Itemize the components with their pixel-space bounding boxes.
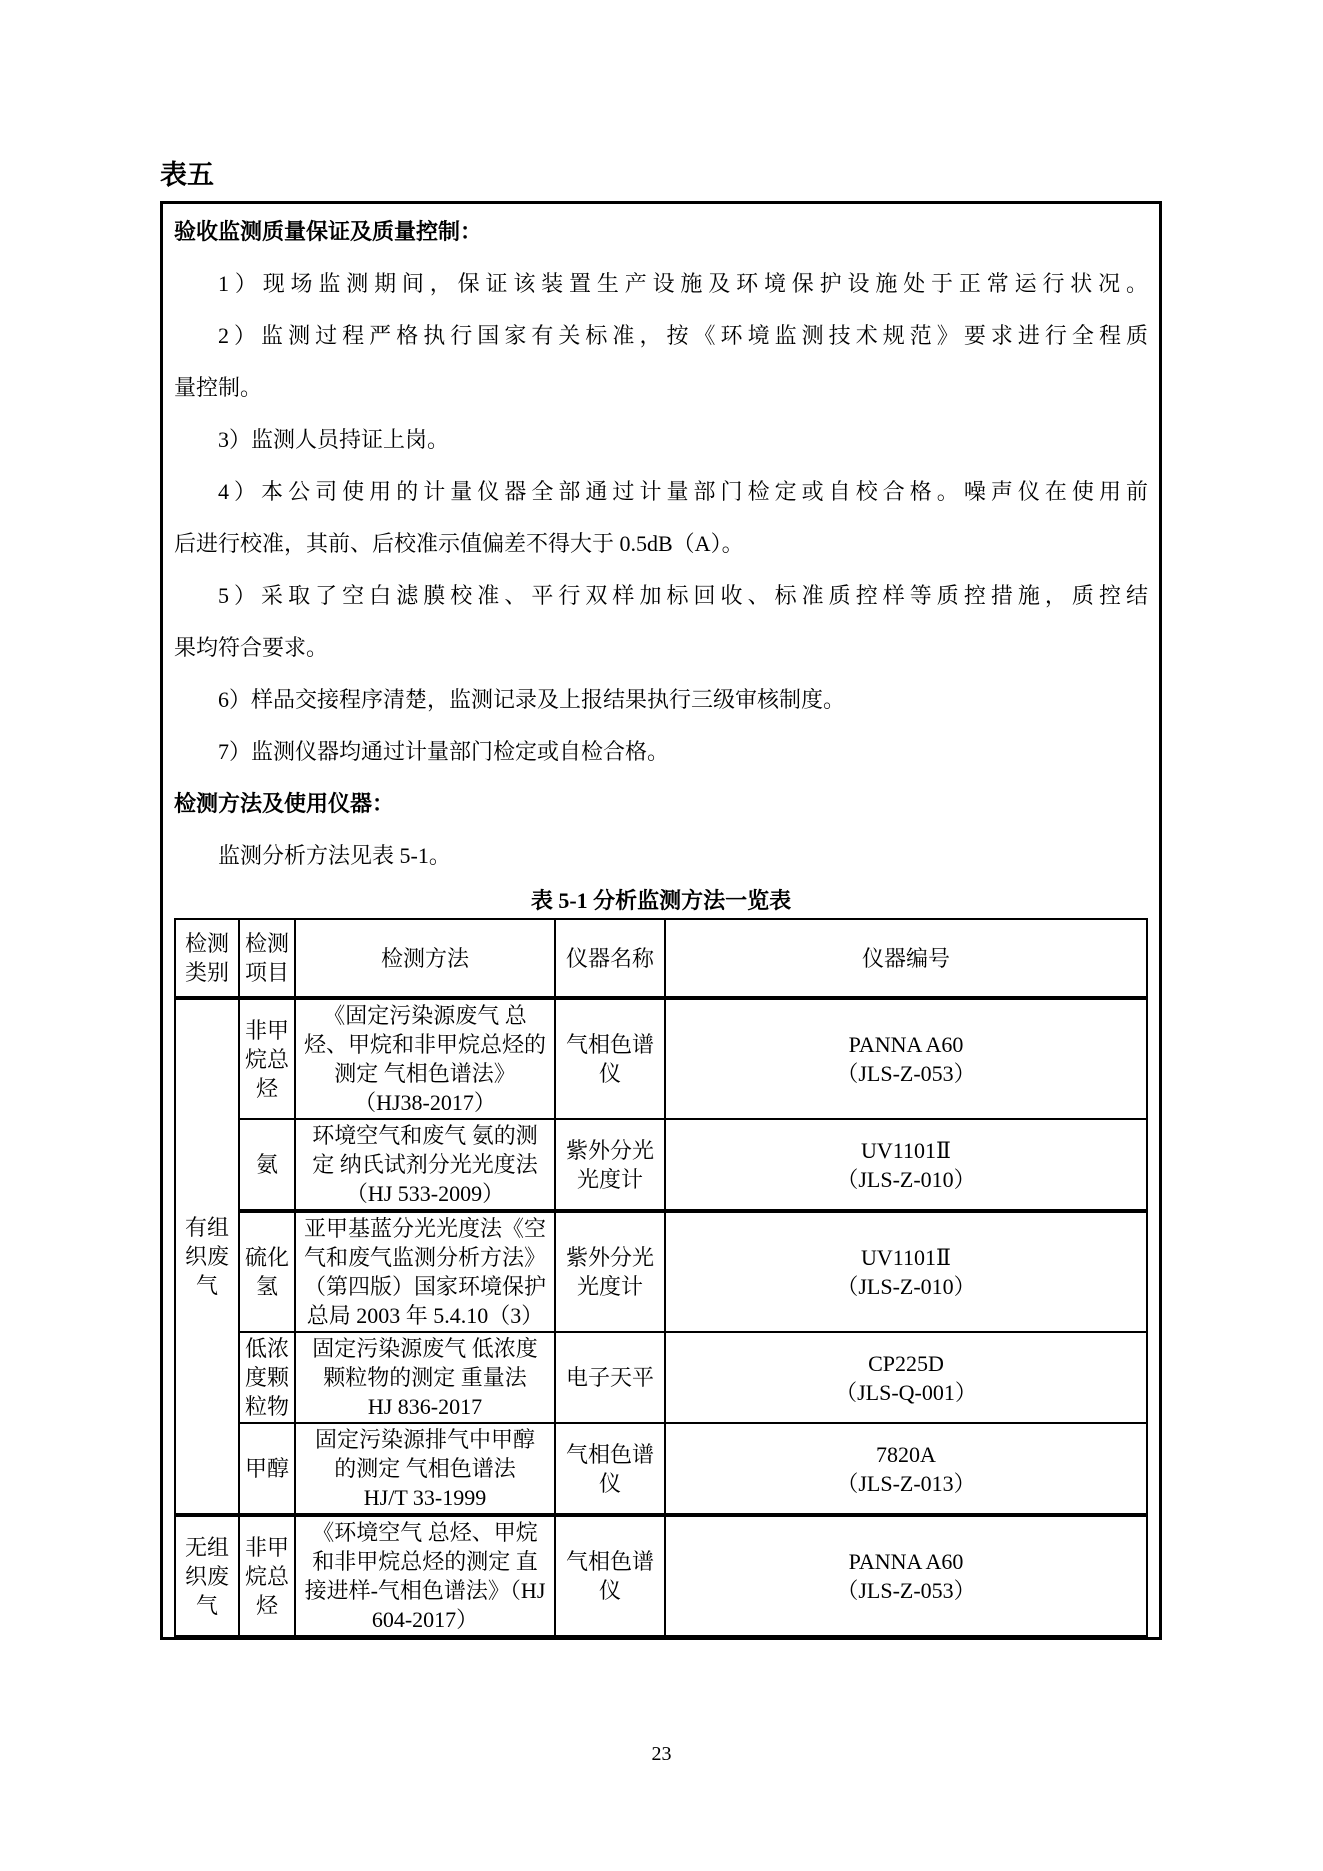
cell-item: 氨 — [239, 1119, 295, 1211]
table-row: 硫化 氢 亚甲基蓝分光光度法《空 气和废气监测分析方法》 （第四版）国家环境保护… — [175, 1211, 1147, 1332]
cell-item: 甲醇 — [239, 1423, 295, 1515]
table-row: 氨 环境空气和废气 氨的测 定 纳氏试剂分光光度法 （HJ 533-2009） … — [175, 1119, 1147, 1211]
content-box: 验收监测质量保证及质量控制： 1）现场监测期间，保证该装置生产设施及环境保护设施… — [160, 201, 1162, 1640]
quality-item-5-line-2: 果均符合要求。 — [174, 622, 1148, 674]
quality-item-1: 1）现场监测期间，保证该装置生产设施及环境保护设施处于正常运行状况。 — [174, 258, 1148, 310]
cell-method: 亚甲基蓝分光光度法《空 气和废气监测分析方法》 （第四版）国家环境保护 总局 2… — [295, 1211, 555, 1332]
cell-item: 非甲 烷总 烃 — [239, 998, 295, 1119]
cell-method: 《环境空气 总烃、甲烷 和非甲烷总烃的测定 直 接进样-气相色谱法》（HJ 60… — [295, 1515, 555, 1636]
cell-serial: PANNA A60 （JLS-Z-053） — [665, 1515, 1147, 1636]
cell-serial: UV1101Ⅱ （JLS-Z-010） — [665, 1119, 1147, 1211]
methods-note: 监测分析方法见表 5-1。 — [174, 830, 1148, 882]
cell-serial: UV1101Ⅱ （JLS-Z-010） — [665, 1211, 1147, 1332]
cell-instrument: 电子天平 — [555, 1332, 665, 1423]
quality-item-2-line-2: 量控制。 — [174, 362, 1148, 414]
qa-heading: 验收监测质量保证及质量控制： — [174, 206, 1148, 258]
methods-heading: 检测方法及使用仪器： — [174, 778, 1148, 830]
cell-method: 环境空气和废气 氨的测 定 纳氏试剂分光光度法 （HJ 533-2009） — [295, 1119, 555, 1211]
cell-category-organized: 有组 织废 气 — [175, 998, 239, 1515]
cell-item: 低浓 度颗 粒物 — [239, 1332, 295, 1423]
document-page: 表五 验收监测质量保证及质量控制： 1）现场监测期间，保证该装置生产设施及环境保… — [0, 0, 1323, 1871]
quality-item-4-line-1: 4）本公司使用的计量仪器全部通过计量部门检定或自校合格。噪声仪在使用前 — [174, 466, 1148, 518]
section-label: 表五 — [160, 155, 214, 195]
cell-instrument: 紫外分光 光度计 — [555, 1119, 665, 1211]
header-instrument: 仪器名称 — [555, 919, 665, 998]
cell-instrument: 紫外分光 光度计 — [555, 1211, 665, 1332]
cell-instrument: 气相色谱 仪 — [555, 1515, 665, 1636]
header-serial: 仪器编号 — [665, 919, 1147, 998]
table-row: 无组 织废 气 非甲 烷总 烃 《环境空气 总烃、甲烷 和非甲烷总烃的测定 直 … — [175, 1515, 1147, 1636]
cell-category-unorganized: 无组 织废 气 — [175, 1515, 239, 1636]
table-row: 有组 织废 气 非甲 烷总 烃 《固定污染源废气 总 烃、甲烷和非甲烷总烃的 测… — [175, 998, 1147, 1119]
quality-item-2-line-1: 2）监测过程严格执行国家有关标准，按《环境监测技术规范》要求进行全程质 — [174, 310, 1148, 362]
quality-item-4-line-2: 后进行校准，其前、后校准示值偏差不得大于 0.5dB（A）。 — [174, 518, 1148, 570]
table-row: 低浓 度颗 粒物 固定污染源废气 低浓度 颗粒物的测定 重量法 HJ 836-2… — [175, 1332, 1147, 1423]
methods-table: 检测 类别 检测 项目 检测方法 仪器名称 仪器编号 有组 织废 气 非甲 烷总… — [174, 918, 1148, 1637]
table-header-row: 检测 类别 检测 项目 检测方法 仪器名称 仪器编号 — [175, 919, 1147, 998]
quality-item-6: 6）样品交接程序清楚，监测记录及上报结果执行三级审核制度。 — [174, 674, 1148, 726]
cell-instrument: 气相色谱 仪 — [555, 998, 665, 1119]
cell-item: 硫化 氢 — [239, 1211, 295, 1332]
quality-item-5-line-1: 5）采取了空白滤膜校准、平行双样加标回收、标准质控样等质控措施，质控结 — [174, 570, 1148, 622]
cell-method: 固定污染源排气中甲醇 的测定 气相色谱法 HJ/T 33-1999 — [295, 1423, 555, 1515]
quality-item-7: 7）监测仪器均通过计量部门检定或自检合格。 — [174, 726, 1148, 778]
table-row: 甲醇 固定污染源排气中甲醇 的测定 气相色谱法 HJ/T 33-1999 气相色… — [175, 1423, 1147, 1515]
cell-serial: 7820A （JLS-Z-013） — [665, 1423, 1147, 1515]
cell-serial: PANNA A60 （JLS-Z-053） — [665, 998, 1147, 1119]
cell-method: 《固定污染源废气 总 烃、甲烷和非甲烷总烃的 测定 气相色谱法》 （HJ38-2… — [295, 998, 555, 1119]
quality-item-3: 3）监测人员持证上岗。 — [174, 414, 1148, 466]
cell-serial: CP225D （JLS-Q-001） — [665, 1332, 1147, 1423]
cell-method: 固定污染源废气 低浓度 颗粒物的测定 重量法 HJ 836-2017 — [295, 1332, 555, 1423]
cell-instrument: 气相色谱 仪 — [555, 1423, 665, 1515]
header-method: 检测方法 — [295, 919, 555, 998]
header-category: 检测 类别 — [175, 919, 239, 998]
table-caption: 表 5-1 分析监测方法一览表 — [174, 884, 1148, 917]
header-item: 检测 项目 — [239, 919, 295, 998]
cell-item: 非甲 烷总 烃 — [239, 1515, 295, 1636]
page-number: 23 — [0, 1743, 1323, 1766]
